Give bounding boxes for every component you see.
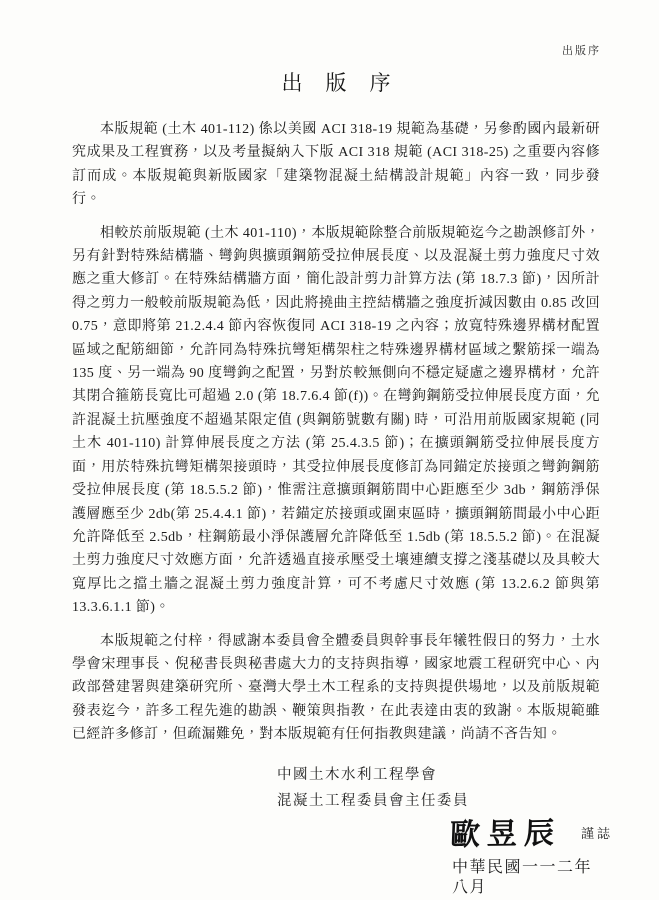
closing-block: 中國土木水利工程學會 混凝土工程委員會主任委員 歐昱辰 謹誌 中華民國一一二年八… [72,762,600,898]
organization-name: 中國土木水利工程學會 [277,762,600,788]
paragraph-acknowledgements: 本版規範之付梓，得感謝本委員會全體委員與幹事長年犧牲假日的努力，土水學會宋理事長… [72,630,600,747]
signature-suffix: 謹誌 [581,817,613,851]
signature-name: 歐昱辰 [449,817,561,853]
page-content: 出版序 本版規範 (土木 401-112) 係以美國 ACI 318-19 規範… [72,0,600,898]
signature-row: 歐昱辰 謹誌 [450,817,600,857]
paragraph-major-revisions: 相較於前版規範 (土木 401-110)，本版規範除整合前版規範迄今之勘誤修訂外… [72,222,600,620]
paragraph-basis: 本版規範 (土木 401-112) 係以美國 ACI 318-19 規範為基礎，… [72,118,600,212]
committee-role: 混凝土工程委員會主任委員 [277,788,600,814]
signature-date: 中華民國一一二年八月 [452,858,600,898]
document-page: 出版序 出版序 本版規範 (土木 401-112) 係以美國 ACI 318-1… [0,0,659,900]
page-title: 出版序 [72,70,600,97]
